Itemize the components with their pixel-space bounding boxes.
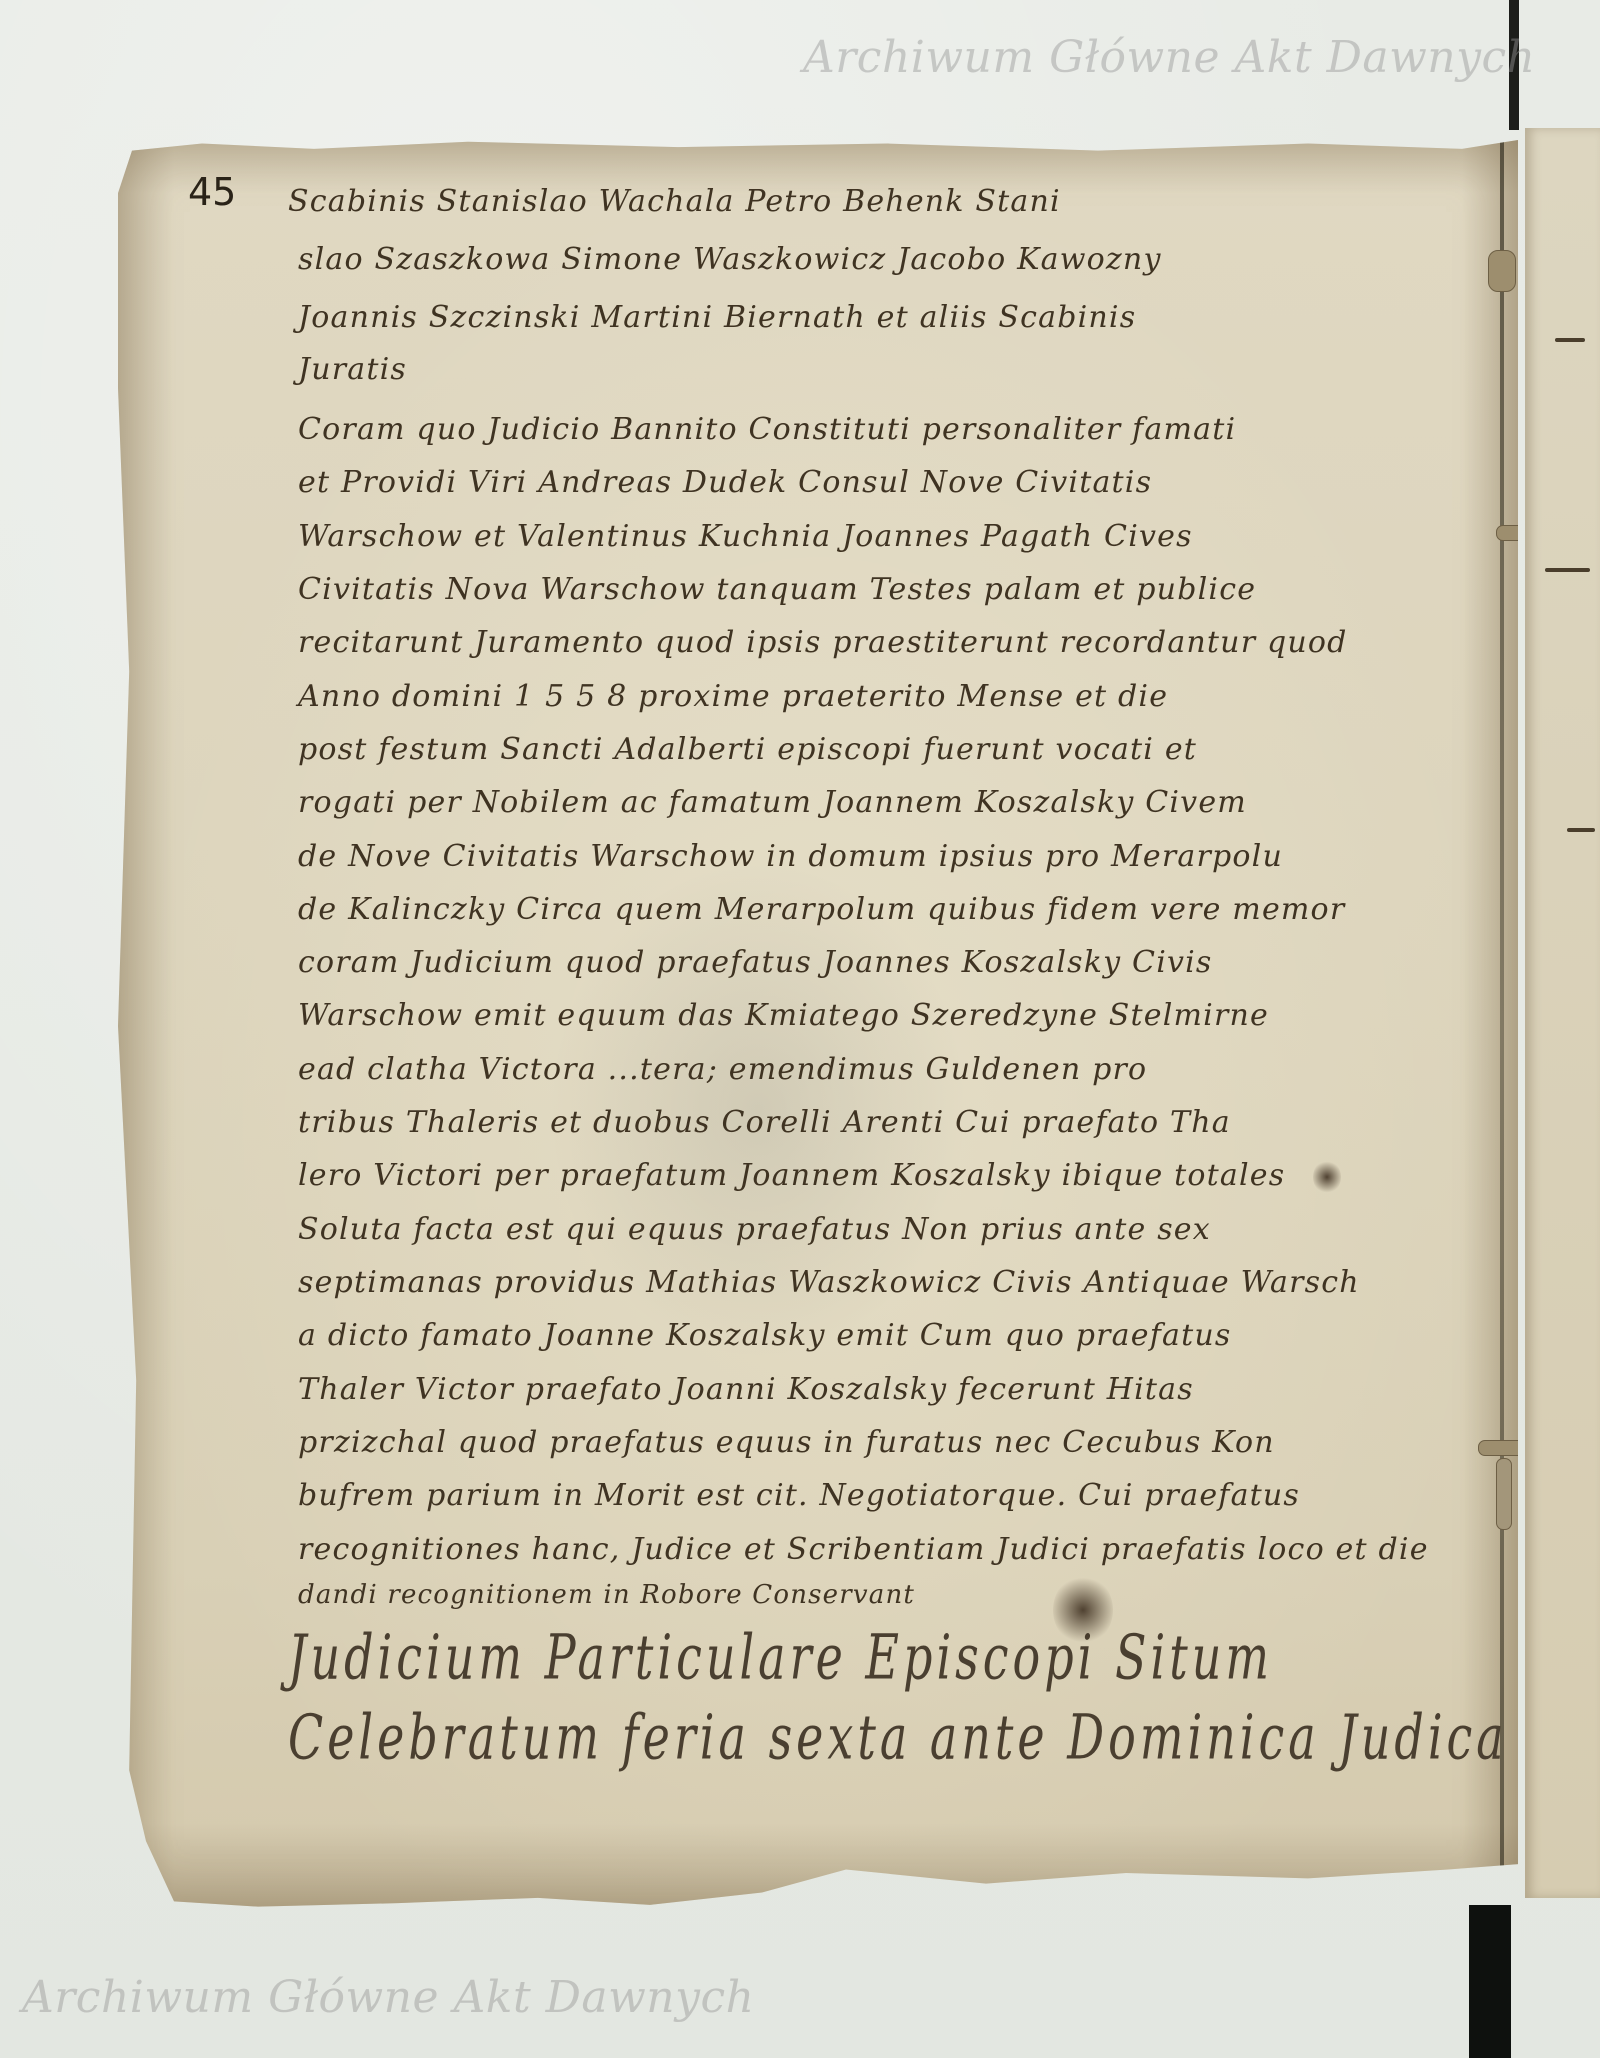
ink-fragment <box>1545 568 1590 572</box>
manuscript-line: slao Szaszkowa Simone Waszkowicz Jacobo … <box>298 242 1162 277</box>
manuscript-line: Warschow et Valentinus Kuchnia Joannes P… <box>298 519 1193 554</box>
manuscript-line: post festum Sancti Adalberti episcopi fu… <box>298 732 1197 767</box>
manuscript-line: Scabinis Stanislao Wachala Petro Behenk … <box>288 184 1061 219</box>
manuscript-line: septimanas providus Mathias Waszkowicz C… <box>298 1265 1360 1300</box>
manuscript-line: Warschow emit equum das Kmiatego Szeredz… <box>298 998 1269 1033</box>
sewing-fold-line <box>1500 140 1504 1912</box>
manuscript-line: recognitiones hanc, Judice et Scribentia… <box>298 1532 1429 1567</box>
manuscript-line: Civitatis Nova Warschow tanquam Testes p… <box>298 572 1256 607</box>
session-heading: Judicium Particulare Episcopi Situm <box>288 1621 1273 1694</box>
manuscript-line: coram Judicium quod praefatus Joannes Ko… <box>298 945 1213 980</box>
manuscript-line: Joannis Szczinski Martini Biernath et al… <box>298 300 1136 335</box>
ink-fragment <box>1567 828 1595 832</box>
archive-watermark-bottom: Archiwum Główne Akt Dawnych <box>22 1972 754 2023</box>
session-heading: Celebratum feria sexta ante Dominica Jud… <box>288 1701 1508 1774</box>
binding-thread-knot <box>1488 250 1516 292</box>
manuscript-line: Soluta facta est qui equus praefatus Non… <box>298 1212 1211 1247</box>
manuscript-page: 45 Scabinis Stanislao Wachala Petro Behe… <box>118 140 1518 1912</box>
manuscript-line: tribus Thaleris et duobus Corelli Arenti… <box>298 1105 1231 1140</box>
manuscript-line: bufrem parium in Morit est cit. Negotiat… <box>298 1478 1300 1513</box>
binding-spine-bottom <box>1469 1905 1511 2058</box>
manuscript-line: lero Victori per praefatum Joannem Kosza… <box>298 1158 1285 1193</box>
manuscript-line: Thaler Victor praefato Joanni Koszalsky … <box>298 1372 1194 1407</box>
manuscript-line: przizchal quod praefatus equus in furatu… <box>298 1425 1275 1460</box>
ink-fragment <box>1555 338 1585 342</box>
binding-thread-strand <box>1496 1458 1512 1530</box>
manuscript-line: Anno domini 1 5 5 8 proxime praeterito M… <box>298 679 1168 714</box>
manuscript-line: dandi recognitionem in Robore Conservant <box>298 1580 915 1610</box>
ink-blot <box>1053 1575 1113 1645</box>
manuscript-line: Coram quo Judicio Bannito Constituti per… <box>298 412 1236 447</box>
manuscript-line: et Providi Viri Andreas Dudek Consul Nov… <box>298 465 1152 500</box>
manuscript-line: Juratis <box>298 352 407 387</box>
ink-blot <box>1313 1160 1341 1194</box>
archive-watermark-top: Archiwum Główne Akt Dawnych <box>803 32 1535 83</box>
manuscript-line: de Kalinczky Circa quem Merarpolum quibu… <box>298 892 1345 927</box>
manuscript-line: recitarunt Juramento quod ipsis praestit… <box>298 625 1348 660</box>
manuscript-line: de Nove Civitatis Warschow in domum ipsi… <box>298 839 1283 874</box>
manuscript-line: ead clatha Victora ...tera; emendimus Gu… <box>298 1052 1147 1087</box>
folio-number: 45 <box>188 170 236 214</box>
adjacent-page-edge <box>1525 128 1600 1898</box>
manuscript-line: rogati per Nobilem ac famatum Joannem Ko… <box>298 785 1247 820</box>
manuscript-line: a dicto famato Joanne Koszalsky emit Cum… <box>298 1318 1231 1353</box>
